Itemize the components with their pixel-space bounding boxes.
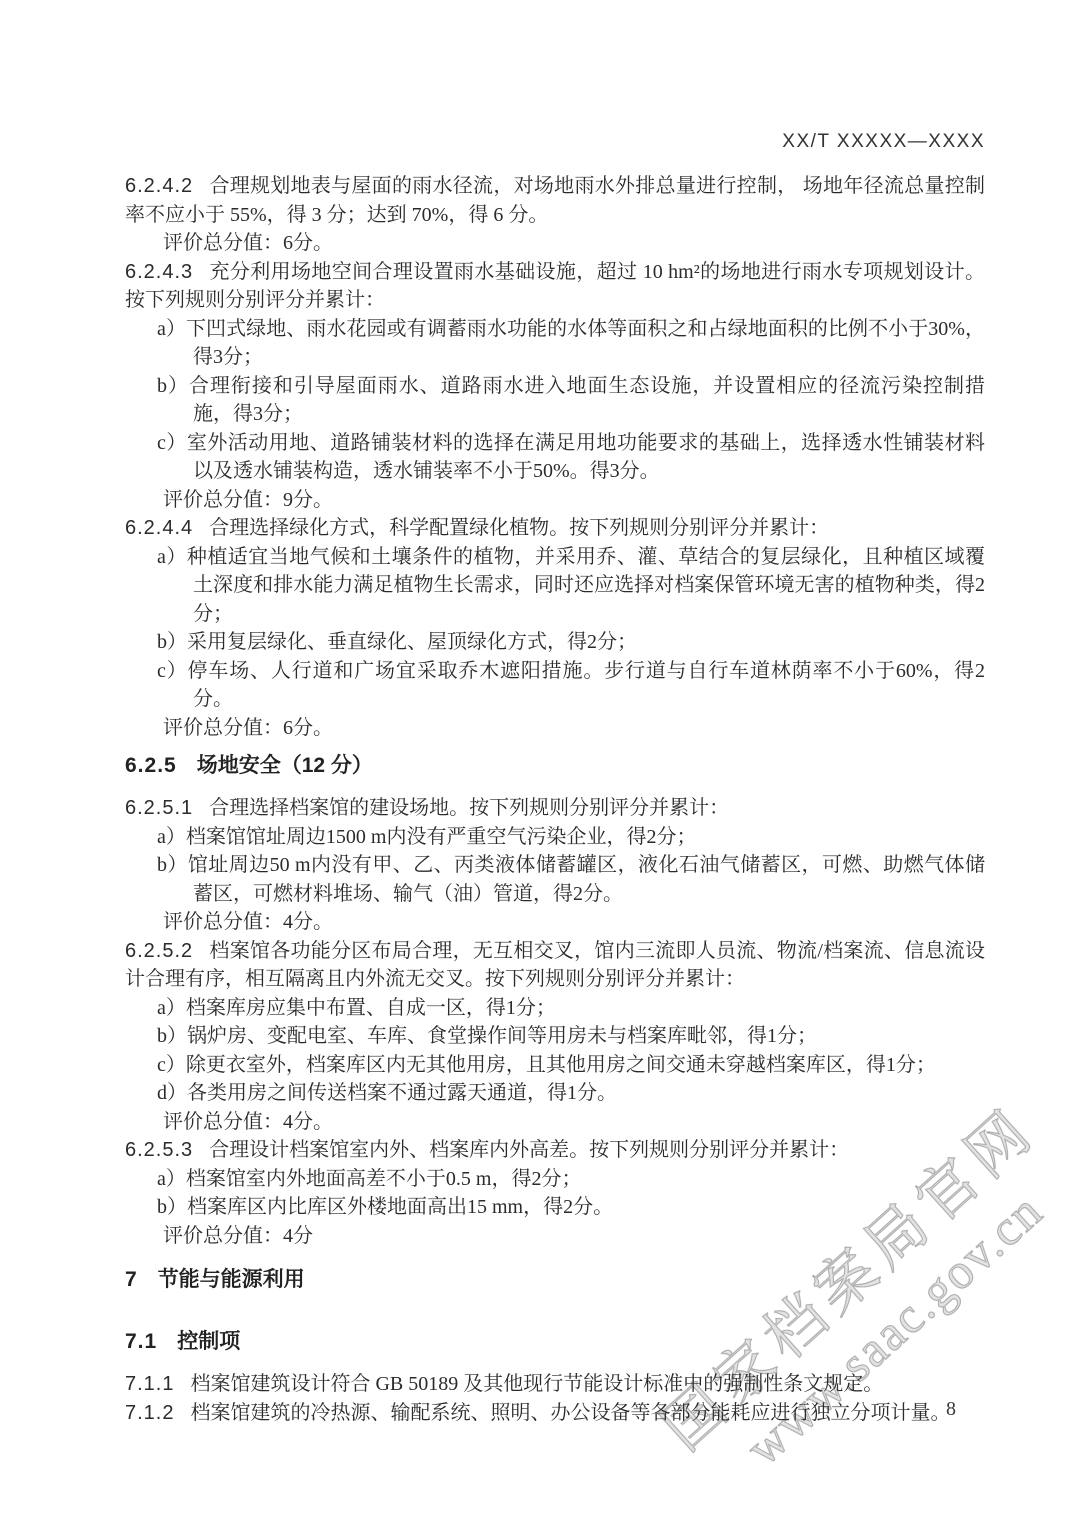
- paragraph-text: 节能与能源利用: [158, 1268, 305, 1291]
- section-heading-6.2.5: 6.2.5场地安全（12 分）: [125, 751, 985, 781]
- score-line: 评价总分值：6分。: [125, 714, 985, 743]
- clause-number: 6.2.5.1: [125, 797, 193, 819]
- item-label: c）: [157, 660, 188, 682]
- clause-7.1.1: 7.1.1档案馆建筑设计符合 GB 50189 及其他现行节能设计标准中的强制性…: [125, 1370, 985, 1399]
- clause-number: 6.2.5.3: [125, 1139, 193, 1161]
- document-page: XX/T XXXXX—XXXX 国家档案局官网 www.saac.gov.cn …: [0, 0, 1080, 1527]
- paragraph-text: 种植适宜当地气候和土壤条件的植物，并采用乔、灌、草结合的复层绿化，且种植区域覆土…: [187, 546, 985, 625]
- paragraph-text: 档案馆室内外地面高差不小于0.5 m，得2分；: [186, 1168, 582, 1190]
- item-label: b）: [157, 631, 187, 653]
- list-item-a: a）种植适宜当地气候和土壤条件的植物，并采用乔、灌、草结合的复层绿化，且种植区域…: [125, 543, 985, 629]
- document-body: 6.2.4.2合理规划地表与屋面的雨水径流，对场地雨水外排总量进行控制， 场地年…: [125, 172, 985, 1427]
- clause-6.2.5.1: 6.2.5.1合理选择档案馆的建设场地。按下列规则分别评分并累计：: [125, 794, 985, 823]
- list-item-b: b）采用复层绿化、垂直绿化、屋顶绿化方式，得2分；: [125, 628, 985, 657]
- paragraph-text: 评价总分值：6分。: [163, 717, 333, 739]
- paragraph-text: 档案库房应集中布置、自成一区，得1分；: [186, 997, 556, 1019]
- paragraph-text: 评价总分值：4分: [163, 1225, 313, 1247]
- header-doc-code: XX/T XXXXX—XXXX: [782, 131, 985, 153]
- paragraph-text: 合理衔接和引导屋面雨水、道路雨水进入地面生态设施，并设置相应的径流污染控制措施，…: [189, 375, 985, 426]
- list-item-a: a）档案库房应集中布置、自成一区，得1分；: [125, 994, 985, 1023]
- paragraph-text: 档案馆馆址周边1500 m内没有严重空气污染企业，得2分；: [186, 826, 697, 848]
- score-line: 评价总分值：4分: [125, 1222, 985, 1251]
- paragraph-text: 控制项: [177, 1330, 240, 1353]
- paragraph-text: 室外活动用地、道路铺装材料的选择在满足用地功能要求的基础上，选择透水性铺装材料以…: [187, 432, 985, 483]
- paragraph-text: 除更衣室外，档案库区内无其他用房，且其他用房之间交通未穿越档案库区，得1分；: [186, 1054, 936, 1076]
- item-label: b）: [157, 1025, 187, 1047]
- item-label: b）: [157, 375, 189, 397]
- clause-number: 6.2.4.4: [125, 517, 193, 539]
- section-heading-7.1: 7.1控制项: [125, 1327, 985, 1357]
- item-label: d）: [157, 1082, 187, 1104]
- list-item-c: c）停车场、人行道和广场宜采取乔木遮阳措施。步行道与自行车道林荫率不小于60%，…: [125, 657, 985, 714]
- item-label: c）: [157, 1054, 186, 1076]
- paragraph-text: 场地安全（12 分）: [197, 754, 373, 777]
- paragraph-text: 停车场、人行道和广场宜采取乔木遮阳措施。步行道与自行车道林荫率不小于60%，得2…: [188, 660, 985, 711]
- item-label: a）: [157, 546, 187, 568]
- list-item-b: b）档案库区内比库区外楼地面高出15 mm，得2分。: [125, 1193, 985, 1222]
- list-item-d: d）各类用房之间传送档案不通过露天通道，得1分。: [125, 1079, 985, 1108]
- paragraph-text: 评价总分值：4分。: [163, 911, 333, 933]
- paragraph-text: 合理设计档案馆室内外、档案库内外高差。按下列规则分别评分并累计：: [209, 1139, 849, 1161]
- list-item-c: c）室外活动用地、道路铺装材料的选择在满足用地功能要求的基础上，选择透水性铺装材…: [125, 429, 985, 486]
- clause-number: 6.2.4.2: [125, 175, 193, 197]
- score-line: 评价总分值：9分。: [125, 486, 985, 515]
- list-item-a: a）档案馆室内外地面高差不小于0.5 m，得2分；: [125, 1165, 985, 1194]
- paragraph-text: 档案库区内比库区外楼地面高出15 mm，得2分。: [187, 1196, 613, 1218]
- paragraph-text: 评价总分值：4分。: [163, 1111, 333, 1133]
- clause-7.1.2: 7.1.2档案馆建筑的冷热源、输配系统、照明、办公设备等各部分能耗应进行独立分项…: [125, 1399, 985, 1428]
- score-line: 评价总分值：4分。: [125, 908, 985, 937]
- clause-6.2.5.2: 6.2.5.2档案馆各功能分区布局合理，无互相交叉，馆内三流即人员流、物流/档案…: [125, 937, 985, 994]
- clause-6.2.4.2: 6.2.4.2合理规划地表与屋面的雨水径流，对场地雨水外排总量进行控制， 场地年…: [125, 172, 985, 229]
- list-item-a: a）下凹式绿地、雨水花园或有调蓄雨水功能的水体等面积之和占绿地面积的比例不小于3…: [125, 315, 985, 372]
- paragraph-text: 充分利用场地空间合理设置雨水基础设施，超过 10 hm²的场地进行雨水专项规划设…: [125, 261, 985, 312]
- paragraph-text: 评价总分值：6分。: [163, 232, 333, 254]
- item-label: a）: [157, 997, 186, 1019]
- paragraph-text: 档案馆建筑设计符合 GB 50189 及其他现行节能设计标准中的强制性条文规定。: [190, 1373, 883, 1395]
- clause-6.2.4.4: 6.2.4.4合理选择绿化方式，科学配置绿化植物。按下列规则分别评分并累计：: [125, 514, 985, 543]
- clause-number: 7.1.2: [125, 1402, 174, 1424]
- paragraph-text: 锅炉房、变配电室、车库、食堂操作间等用房未与档案库毗邻，得1分；: [187, 1025, 817, 1047]
- score-line: 评价总分值：6分。: [125, 229, 985, 258]
- paragraph-text: 档案馆建筑的冷热源、输配系统、照明、办公设备等各部分能耗应进行独立分项计量。: [190, 1402, 950, 1424]
- clause-6.2.4.3: 6.2.4.3充分利用场地空间合理设置雨水基础设施，超过 10 hm²的场地进行…: [125, 258, 985, 315]
- paragraph-text: 馆址周边50 m内没有甲、乙、丙类液体储蓄罐区，液化石油气储蓄区，可燃、助燃气体…: [188, 854, 985, 905]
- paragraph-text: 采用复层绿化、垂直绿化、屋顶绿化方式，得2分；: [187, 631, 637, 653]
- page-number: 8: [946, 1398, 956, 1421]
- clause-6.2.5.3: 6.2.5.3合理设计档案馆室内外、档案库内外高差。按下列规则分别评分并累计：: [125, 1136, 985, 1165]
- paragraph-text: 各类用房之间传送档案不通过露天通道，得1分。: [187, 1082, 617, 1104]
- paragraph-text: 合理选择绿化方式，科学配置绿化植物。按下列规则分别评分并累计：: [209, 517, 829, 539]
- paragraph-text: 评价总分值：9分。: [163, 489, 333, 511]
- list-item-b: b）合理衔接和引导屋面雨水、道路雨水进入地面生态设施，并设置相应的径流污染控制措…: [125, 372, 985, 429]
- list-item-c: c）除更衣室外，档案库区内无其他用房，且其他用房之间交通未穿越档案库区，得1分；: [125, 1051, 985, 1080]
- list-item-b: b）锅炉房、变配电室、车库、食堂操作间等用房未与档案库毗邻，得1分；: [125, 1022, 985, 1051]
- item-label: a）: [157, 826, 186, 848]
- clause-number: 7.1: [125, 1330, 157, 1353]
- paragraph-text: 档案馆各功能分区布局合理，无互相交叉，馆内三流即人员流、物流/档案流、信息流设计…: [125, 940, 985, 991]
- item-label: a）: [157, 1168, 186, 1190]
- list-item-b: b）馆址周边50 m内没有甲、乙、丙类液体储蓄罐区，液化石油气储蓄区，可燃、助燃…: [125, 851, 985, 908]
- paragraph-text: 下凹式绿地、雨水花园或有调蓄雨水功能的水体等面积之和占绿地面积的比例不小于30%…: [186, 318, 985, 369]
- item-label: b）: [157, 1196, 187, 1218]
- item-label: a）: [157, 318, 186, 340]
- clause-number: 6.2.4.3: [125, 261, 193, 283]
- paragraph-text: 合理规划地表与屋面的雨水径流，对场地雨水外排总量进行控制， 场地年径流总量控制率…: [125, 175, 985, 226]
- clause-number: 6.2.5.2: [125, 940, 193, 962]
- item-label: b）: [157, 854, 188, 876]
- score-line: 评价总分值：4分。: [125, 1108, 985, 1137]
- clause-number: 6.2.5: [125, 754, 177, 777]
- list-item-a: a）档案馆馆址周边1500 m内没有严重空气污染企业，得2分；: [125, 823, 985, 852]
- clause-number: 7: [125, 1268, 138, 1291]
- paragraph-text: 合理选择档案馆的建设场地。按下列规则分别评分并累计：: [209, 797, 729, 819]
- clause-number: 7.1.1: [125, 1373, 174, 1395]
- item-label: c）: [157, 432, 187, 454]
- section-heading-7: 7节能与能源利用: [125, 1265, 985, 1295]
